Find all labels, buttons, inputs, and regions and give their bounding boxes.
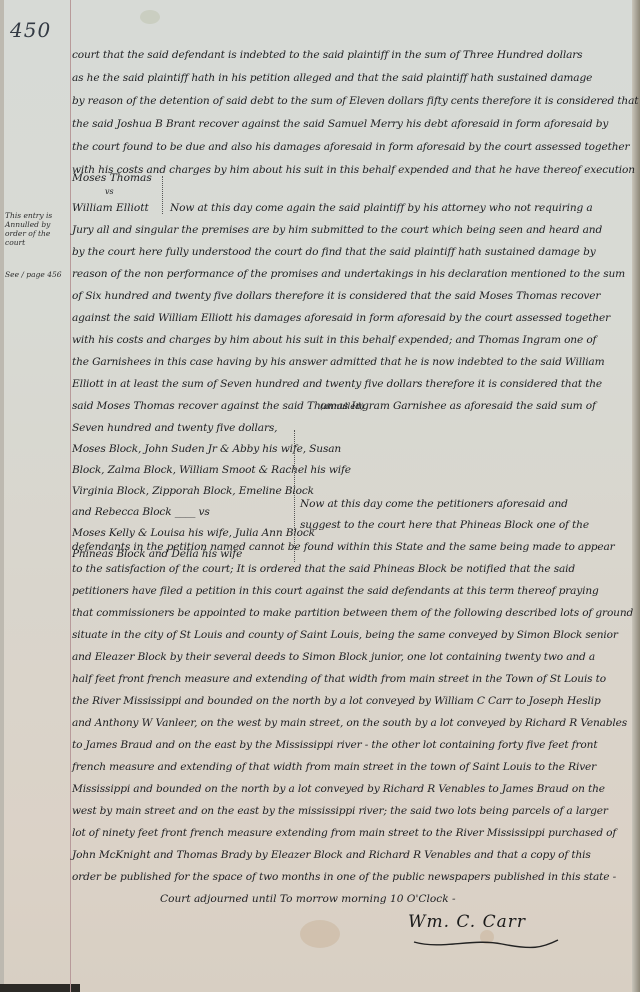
case2-petitioner-line: Block, Zalma Block, William Smoot & Rach…	[72, 464, 351, 476]
case2-line: half feet front french measure and exten…	[72, 673, 606, 685]
case1-defendant: William Elliott	[72, 202, 149, 214]
case2-line: that commissioners be appointed to make …	[72, 607, 633, 619]
case2-petitioner-line: Moses Block, John Suden Jr & Abby his wi…	[72, 443, 341, 455]
binding-tab	[0, 984, 80, 992]
body-line: the court found to be due and also his d…	[72, 141, 629, 153]
case2-line: Mississippi and bounded on the north by …	[72, 783, 605, 795]
page-left-edge	[0, 0, 4, 992]
case1-plaintiff: Moses Thomas	[72, 172, 152, 184]
annulled-mark: (annulled)	[320, 402, 364, 412]
case1-line: Now at this day come again the said plai…	[170, 202, 593, 214]
body-line: as he the said plaintiff hath in his pet…	[72, 72, 592, 84]
case1-brace	[158, 176, 163, 214]
body-line: by reason of the detention of said debt …	[72, 95, 638, 107]
case1-line: by the court here fully understood the c…	[72, 246, 596, 258]
case1-line: the Garnishees in this case having by hi…	[72, 356, 605, 368]
case2-line: petitioners have filed a petition in thi…	[72, 585, 599, 597]
case1-line: against the said William Elliott his dam…	[72, 312, 610, 324]
case2-line: situate in the city of St Louis and coun…	[72, 629, 618, 641]
margin-note-annulled: This entry is Annulled by order of the c…	[5, 211, 67, 247]
margin-rule	[70, 0, 71, 992]
case1-line: reason of the non performance of the pro…	[72, 268, 625, 280]
case2-line: west by main street and on the east by t…	[72, 805, 608, 817]
stain	[300, 920, 340, 948]
page-right-edge	[632, 0, 640, 992]
body-line: court that the said defendant is indebte…	[72, 49, 582, 61]
case2-opening-line: Now at this day come the petitioners afo…	[300, 498, 568, 510]
ledger-page: 450 This entry is Annulled by order of t…	[0, 0, 640, 992]
case2-line: order be published for the space of two …	[72, 871, 616, 883]
clerk-signature: Wm. C. Carr	[408, 912, 526, 932]
case2-defendant-line: Moses Kelly & Louisa his wife, Julia Ann…	[72, 527, 315, 539]
case2-line: the River Mississippi and bounded on the…	[72, 695, 601, 707]
stain	[140, 10, 160, 24]
case2-petitioner-line: and Rebecca Block ____ vs	[72, 506, 210, 518]
case1-line: Jury all and singular the premises are b…	[72, 224, 602, 236]
body-line: with his costs and charges by him about …	[72, 164, 635, 176]
case2-line: and Eleazer Block by their several deeds…	[72, 651, 595, 663]
page-number: 450	[10, 18, 51, 42]
case1-versus: vs	[105, 187, 114, 196]
case1-line: Seven hundred and twenty five dollars,	[72, 422, 277, 434]
margin-note-see-page: See / page 456	[5, 270, 67, 279]
case2-line: John McKnight and Thomas Brady by Eleaze…	[72, 849, 591, 861]
case2-petitioner-line: Virginia Block, Zipporah Block, Emeline …	[72, 485, 314, 497]
case1-line: Elliott in at least the sum of Seven hun…	[72, 378, 602, 390]
case2-line: french measure and extending of that wid…	[72, 761, 596, 773]
signature-flourish-icon	[412, 936, 562, 950]
case2-line: to the satisfaction of the court; It is …	[72, 563, 575, 575]
adjournment-line: Court adjourned until To morrow morning …	[160, 893, 456, 905]
body-line: the said Joshua B Brant recover against …	[72, 118, 608, 130]
case1-line: of Six hundred and twenty five dollars t…	[72, 290, 600, 302]
case2-line: to James Braud and on the east by the Mi…	[72, 739, 597, 751]
case2-line: defendants in the petition named cannot …	[72, 541, 615, 553]
case1-line: with his costs and charges by him about …	[72, 334, 596, 346]
case2-line: lot of ninety feet front french measure …	[72, 827, 616, 839]
case2-line: and Anthony W Vanleer, on the west by ma…	[72, 717, 627, 729]
case2-opening-line: suggest to the court here that Phineas B…	[300, 519, 589, 531]
